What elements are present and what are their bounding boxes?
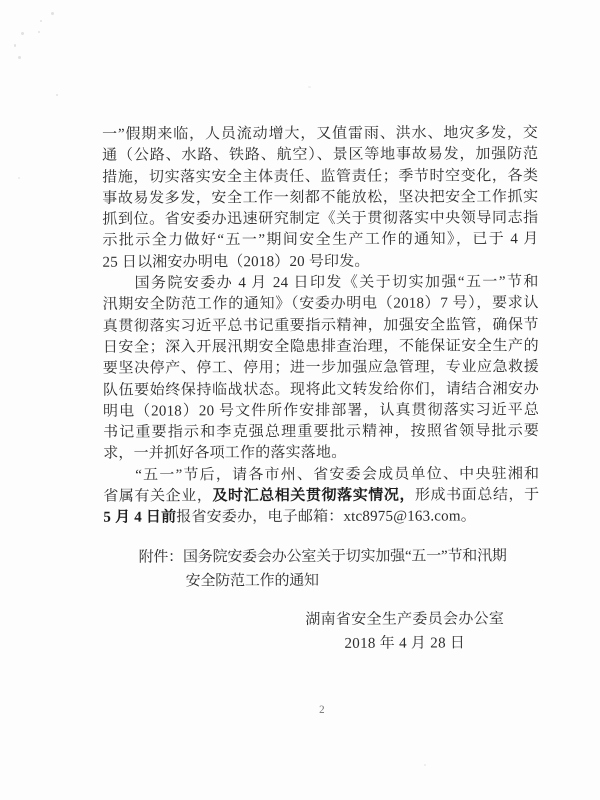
- body-line: 示批示全力做好“五一”期间安全生产工作的通知》，已于 4 月: [102, 230, 538, 253]
- body-line: 要坚决停产、停工、停用；进一步加强应急管理，专业应急救援: [103, 357, 539, 380]
- attachment-line: 附件：国务院安委会办公室关于切实加强“五一”节和汛期: [139, 545, 541, 570]
- body-line: 25 日以湘安办明电（2018）20 号印发。: [102, 251, 538, 274]
- body-line: 省属有关企业，及时汇总相关贯彻落实情况，形成书面总结，于: [103, 485, 539, 508]
- attachment-title-line2: 安全防范工作的通知: [139, 569, 541, 594]
- body-line-bold-segment: 5 月 4 日前: [103, 510, 176, 526]
- document-body: 一”假期来临，人员流动增大，又值雷雨、洪水、地灾多发，交 通（公路、水路、铁路、…: [102, 123, 539, 529]
- body-line: 一”假期来临，人员流动增大，又值雷雨、洪水、地灾多发，交: [102, 123, 538, 146]
- body-line: 通（公路、水路、铁路、航空）、景区等地事故易发，加强防范: [102, 144, 538, 167]
- attachment-block: 附件：国务院安委会办公室关于切实加强“五一”节和汛期 安全防范工作的通知: [139, 545, 541, 593]
- body-line: 书记重要指示和李克强总理重要批示精神，按照省领导批示要: [103, 421, 539, 444]
- body-line: 日安全；深入开展汛期安全隐患排查治理，不能保证安全生产的: [103, 336, 539, 359]
- scanned-document-page: 一”假期来临，人员流动增大，又值雷雨、洪水、地灾多发，交 通（公路、水路、铁路、…: [0, 0, 600, 800]
- signature-date: 2018 年 4 月 28 日: [301, 632, 509, 656]
- body-line: 措施，切实落实安全主体责任、监管责任；季节时空变化，各类: [102, 166, 538, 189]
- signature-org: 湖南省安全生产委员会办公室: [301, 608, 509, 632]
- body-line: 求，一并抓好各项工作的落实落地。: [103, 443, 539, 466]
- body-line: 明电（2018）20 号文件所作安排部署，认真贯彻落实习近平总: [103, 400, 539, 423]
- body-line: 队伍要始终保持临战状态。现将此文转发给你们，请结合湘安办: [103, 379, 539, 402]
- attachment-label: 附件：: [139, 549, 183, 565]
- body-line: 汛期安全防范工作的通知》（安委办明电（2018）7 号），要求认: [103, 294, 539, 317]
- signature-block: 湖南省安全生产委员会办公室 2018 年 4 月 28 日: [301, 608, 509, 656]
- document-content: 一”假期来临，人员流动增大，又值雷雨、洪水、地灾多发，交 通（公路、水路、铁路、…: [0, 0, 600, 800]
- body-line-segment: 形成书面总结，于: [415, 487, 539, 503]
- body-line: 国务院安委办 4 月 24 日印发《关于切实加强“五一”节和: [103, 272, 539, 295]
- body-line: 事故易发多发，安全工作一刻都不能放松，坚决把安全工作抓实: [102, 187, 538, 210]
- body-line-segment: 省属有关企业，: [103, 488, 212, 504]
- body-line: 抓到位。省安委办迅速研究制定《关于贯彻落实中央领导同志指: [102, 208, 538, 231]
- body-line: “五一”节后，请各市州、省安委会成员单位、中央驻湘和: [103, 464, 539, 487]
- body-line: 真贯彻落实习近平总书记重要指示精神，加强安全监管，确保节: [103, 315, 539, 338]
- body-line-segment: 报省安委办，电子邮箱：xtc8975@163.com。: [176, 509, 476, 526]
- body-line-bold-segment: 及时汇总相关贯彻落实情况，: [212, 488, 415, 505]
- attachment-title-line1: 国务院安委会办公室关于切实加强“五一”节和汛期: [183, 548, 507, 565]
- body-line: 5 月 4 日前报省安委办，电子邮箱：xtc8975@163.com。: [103, 507, 539, 530]
- page-number: 2: [319, 704, 325, 716]
